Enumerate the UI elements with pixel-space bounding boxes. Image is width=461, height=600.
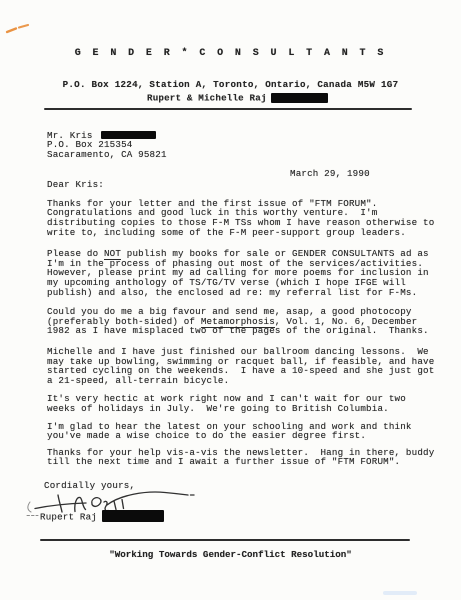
footer-motto: "Working Towards Gender-Conflict Resolut… <box>0 549 461 560</box>
redaction-bar <box>101 131 156 139</box>
redaction-bar <box>271 93 328 103</box>
paragraph-5: It's very hectic at work right now and I… <box>47 394 406 413</box>
letterhead-company-name: G E N D E R * C O N S U L T A N T S <box>0 48 461 59</box>
letter-date: March 29, 1990 <box>290 169 370 179</box>
signer-name: Rupert Raj <box>40 511 97 522</box>
recipient-address-block: Mr. Kris P.O. Box 215354Sacaramento, CA … <box>47 131 167 160</box>
redaction-bar <box>102 510 164 522</box>
footer-divider <box>40 539 410 541</box>
signer-line: Rupert Raj <box>40 511 164 523</box>
paragraph-2: Please do NOT publish my books for sale … <box>47 249 429 298</box>
letterhead-divider <box>44 108 412 110</box>
scanned-letter-page: G E N D E R * C O N S U L T A N T S P.O.… <box>0 0 461 600</box>
salutation: Dear Kris: <box>47 180 104 190</box>
letterhead-contacts: Rupert & Michelle Raj <box>147 93 328 103</box>
letterhead-address: P.O. Box 1224, Station A, Toronto, Ontar… <box>0 79 461 90</box>
letterhead-contact-names: Rupert & Michelle Raj <box>147 92 267 103</box>
paragraph-4: Michelle and I have just finished our ba… <box>47 347 434 386</box>
scan-smudge <box>383 591 417 595</box>
recipient-city-line: Sacaramento, CA 95821 <box>47 149 167 160</box>
highlighter-mark <box>5 22 33 36</box>
paragraph-7: Thanks for your help vis-a-vis the newsl… <box>47 448 434 467</box>
paragraph-3: Could you do me a big favour and send me… <box>47 307 429 336</box>
paragraph-6: I'm glad to hear the latest on your scho… <box>47 422 412 441</box>
paragraph-1: Thanks for your letter and the first iss… <box>47 199 434 238</box>
